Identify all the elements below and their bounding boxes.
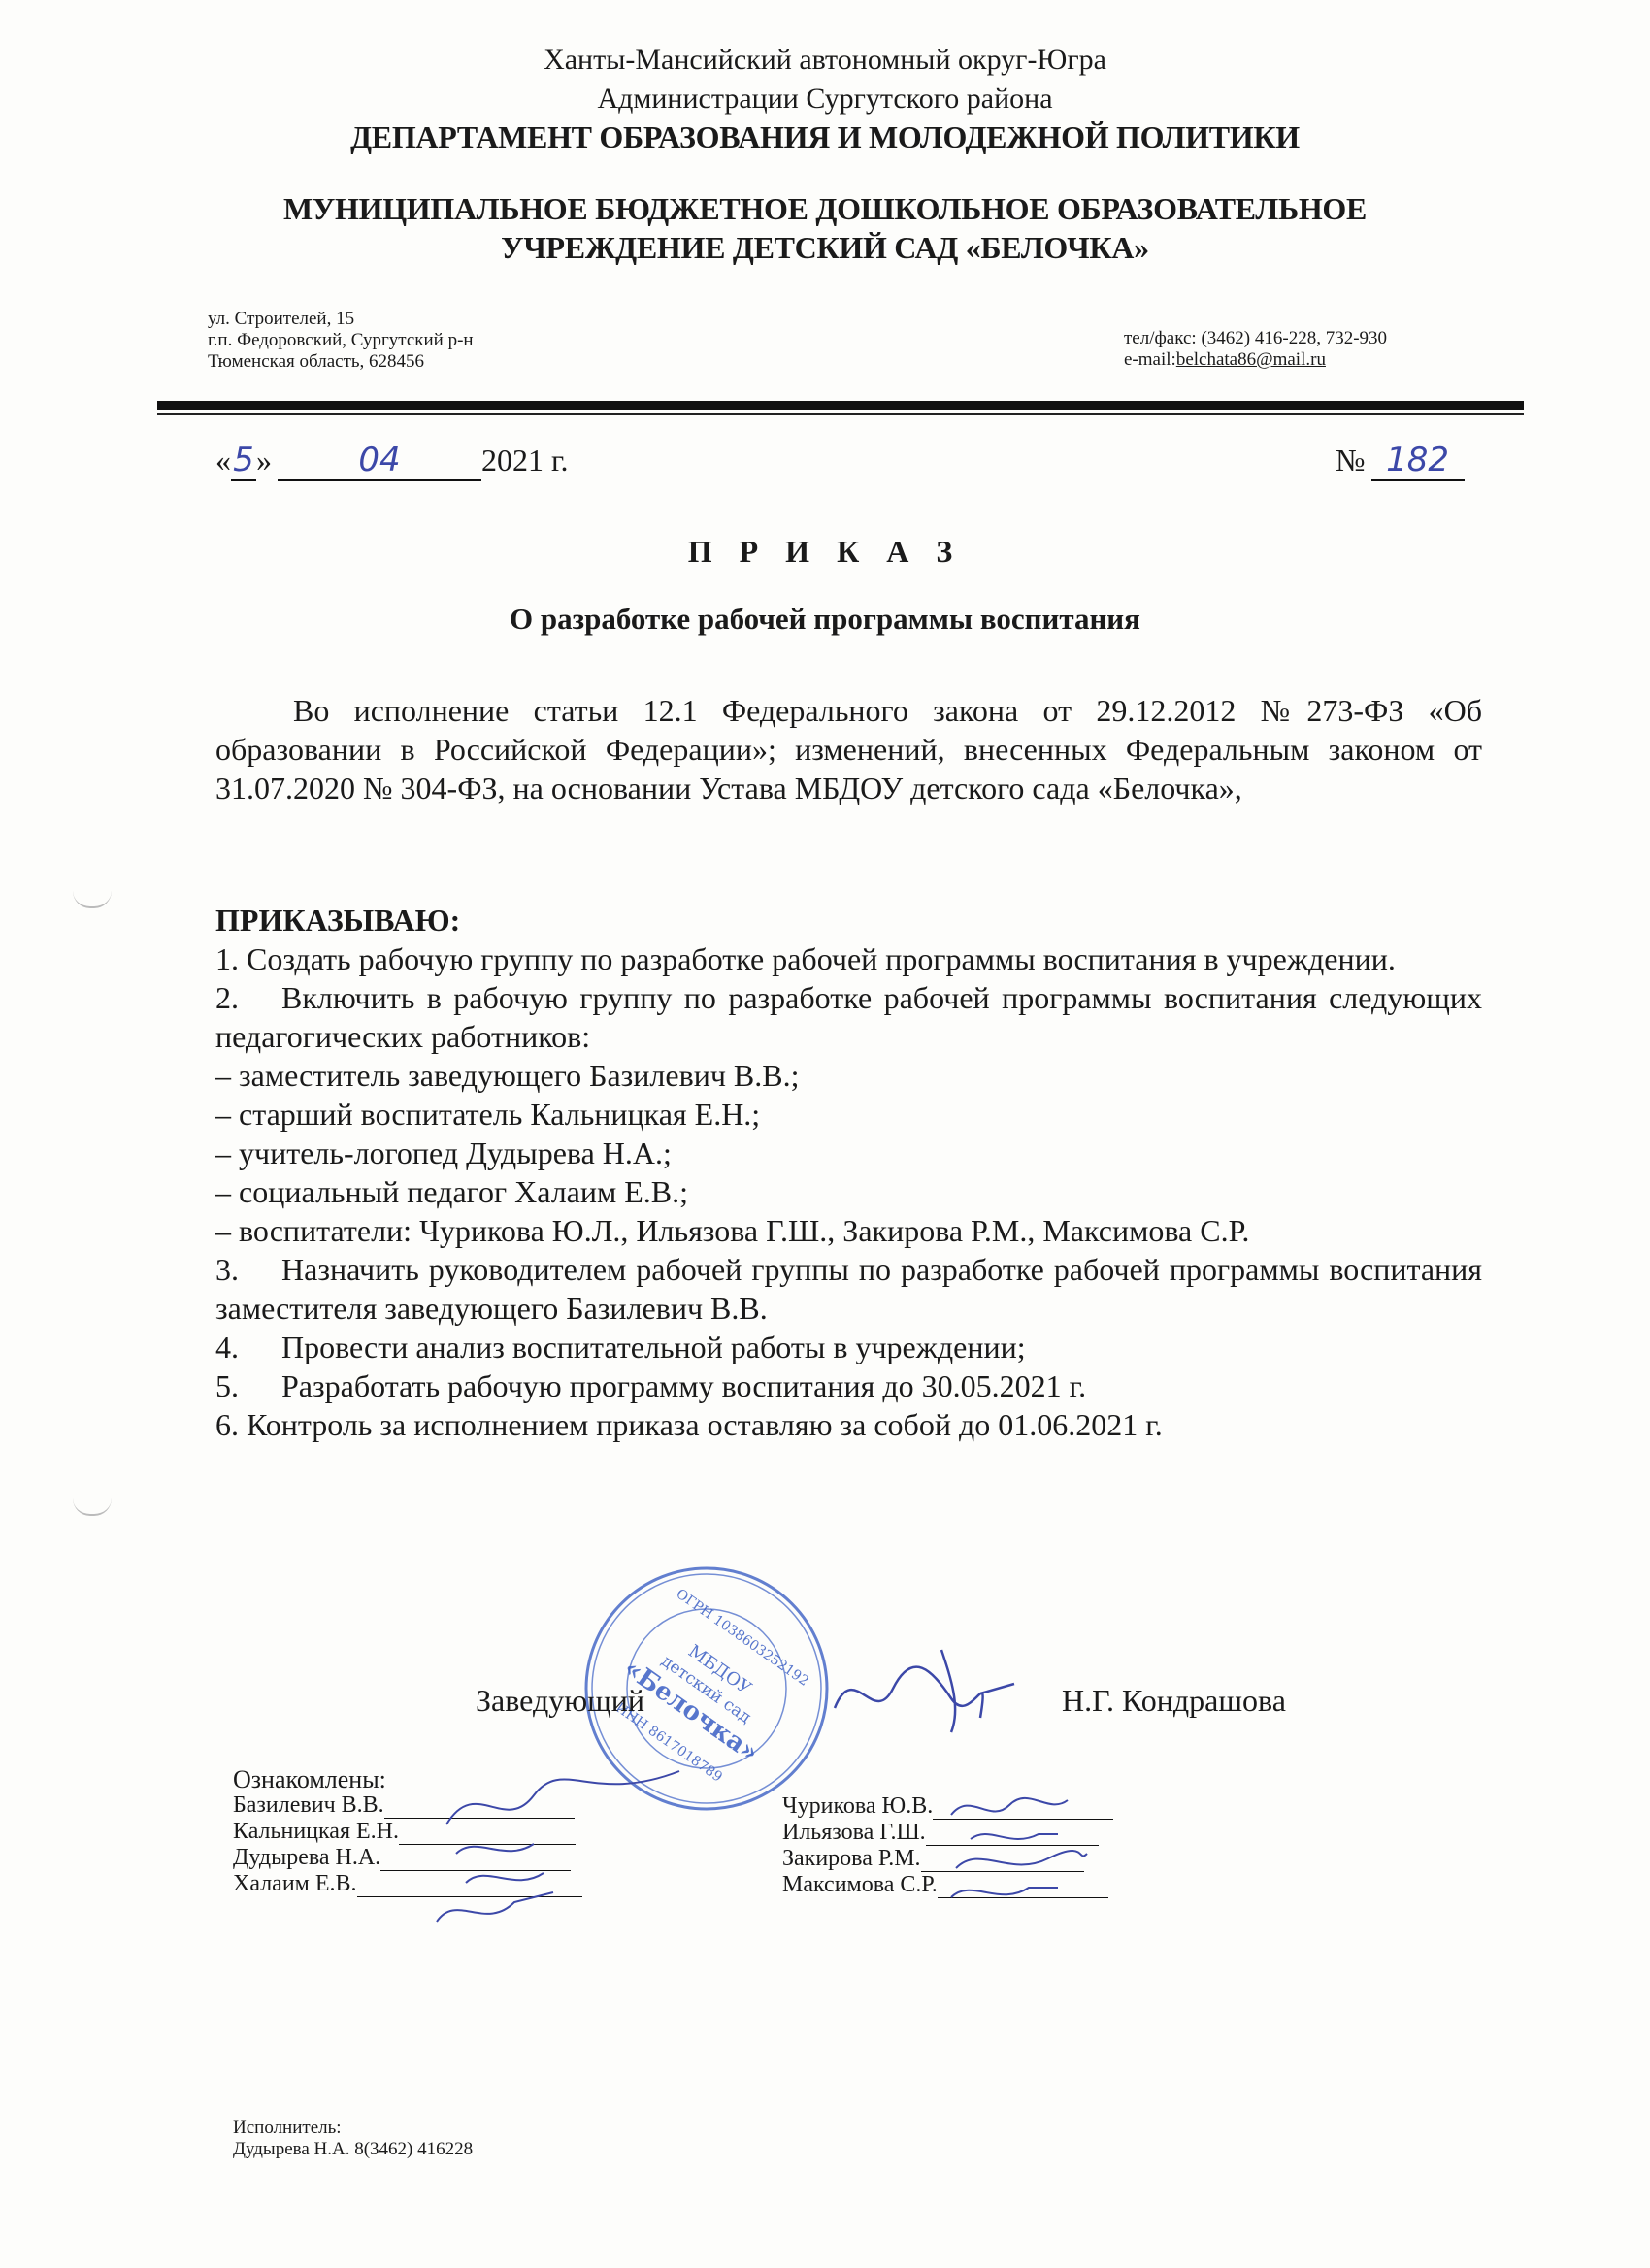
- member-5: – воспитатели: Чурикова Ю.Л., Ильязова Г…: [215, 1211, 1482, 1250]
- header-rule-thick: [157, 401, 1524, 410]
- order-item-5: 5.Разработать рабочую программу воспитан…: [215, 1366, 1482, 1405]
- signature-position: Заведующий: [476, 1683, 644, 1719]
- executor-label: Исполнитель:: [233, 2118, 473, 2139]
- order-month: 04: [278, 441, 481, 481]
- order-number-value: 182: [1371, 441, 1465, 481]
- number-label: №: [1336, 443, 1366, 477]
- document-subject: О разработке рабочей программы воспитани…: [0, 602, 1650, 637]
- order-body: ПРИКАЗЫВАЮ: 1. Создать рабочую группу по…: [215, 901, 1482, 1444]
- order-number: №182: [1336, 441, 1465, 481]
- order-item-4: 4.Провести анализ воспитательной работы …: [215, 1328, 1482, 1366]
- head-signature-icon: [825, 1640, 1019, 1737]
- quote-open: «: [215, 443, 231, 477]
- administration-line: Администрации Сургутского района: [0, 82, 1650, 116]
- member-signatures-right-icon: [941, 1786, 1136, 1922]
- preamble: Во исполнение статьи 12.1 Федерального з…: [215, 691, 1482, 807]
- executor-block: Исполнитель: Дудырева Н.А. 8(3462) 41622…: [233, 2118, 473, 2160]
- email-link[interactable]: belchata86@mail.ru: [1176, 349, 1326, 370]
- order-item-6: 6. Контроль за исполнением приказа остав…: [215, 1405, 1482, 1444]
- executor-contact: Дудырева Н.А. 8(3462) 416228: [233, 2139, 473, 2160]
- region-line: Ханты-Мансийский автономный округ-Югра: [0, 43, 1650, 78]
- member-3: – учитель-логопед Дудырева Н.А.;: [215, 1134, 1482, 1172]
- signature-name: Н.Г. Кондрашова: [1062, 1683, 1286, 1719]
- institution-line-1: МУНИЦИПАЛЬНОЕ БЮДЖЕТНОЕ ДОШКОЛЬНОЕ ОБРАЗ…: [0, 190, 1650, 227]
- member-1: – заместитель заведующего Базилевич В.В.…: [215, 1056, 1482, 1095]
- member-2: – старший воспитатель Кальницкая Е.Н.;: [215, 1095, 1482, 1134]
- header-rule-thin: [157, 413, 1524, 415]
- institution-line-2: УЧРЕЖДЕНИЕ ДЕТСКИЙ САД «БЕЛОЧКА»: [0, 229, 1650, 266]
- contact-phone: тел/факс: (3462) 416-228, 732-930: [1124, 328, 1387, 349]
- department-line: ДЕПАРТАМЕНТ ОБРАЗОВАНИЯ И МОЛОДЕЖНОЙ ПОЛ…: [0, 118, 1650, 155]
- address-block: ул. Строителей, 15 г.п. Федоровский, Сур…: [208, 309, 474, 373]
- member-signatures-left-icon: [417, 1766, 699, 1941]
- quote-close: »: [256, 443, 272, 477]
- member-4: – социальный педагог Халаим Е.В.;: [215, 1172, 1482, 1211]
- order-day: 5: [231, 441, 256, 481]
- order-item-2: 2.Включить в рабочую группу по разработк…: [215, 978, 1482, 1056]
- order-year: 2021 г.: [481, 443, 569, 477]
- contact-block: тел/факс: (3462) 416-228, 732-930 e-mail…: [1124, 328, 1387, 371]
- preamble-block: Во исполнение статьи 12.1 Федерального з…: [215, 691, 1482, 807]
- order-word: ПРИКАЗЫВАЮ:: [215, 901, 1482, 939]
- address-region: Тюменская область, 628456: [208, 351, 474, 373]
- hole-punch-mark: [73, 1498, 112, 1516]
- document-title: П Р И К А З: [0, 534, 1650, 570]
- address-street: ул. Строителей, 15: [208, 309, 474, 330]
- order-item-1: 1. Создать рабочую группу по разработке …: [215, 939, 1482, 978]
- address-town: г.п. Федоровский, Сургутский р-н: [208, 330, 474, 351]
- email-label: e-mail:: [1124, 349, 1176, 370]
- hole-punch-mark: [73, 891, 112, 908]
- order-item-3: 3.Назначить руководителем рабочей группы…: [215, 1250, 1482, 1328]
- order-date: «5»042021 г.: [215, 441, 569, 481]
